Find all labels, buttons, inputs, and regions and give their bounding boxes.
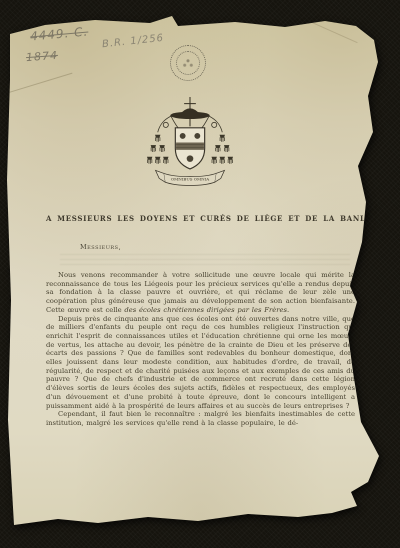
salutation: Messieurs, (80, 243, 121, 251)
galero-hat-icon (170, 108, 210, 119)
paragraph-1: Nous venons recommander à votre sollicit… (46, 271, 355, 315)
coat-of-arms-icon: OMNIBUS OMNIA (146, 94, 234, 191)
paper-shadow-wrap: 4449. C. 1874 B.R. 1/256 (0, 0, 400, 548)
motto-text: OMNIBUS OMNIA (171, 177, 209, 182)
motto-banner: OMNIBUS OMNIA (156, 170, 225, 185)
shelfmark-annotation: B.R. 1/256 (102, 33, 165, 50)
paragraph-3: Cependant, il faut bien le reconnaître :… (46, 410, 355, 427)
paragraph-1-italic: des écoles chrétiennes dirigées par les … (124, 306, 289, 314)
paper-crease (0, 73, 72, 97)
shield-icon (175, 128, 204, 169)
round-ink-stamp-icon (170, 45, 206, 81)
document-page: 4449. C. 1874 B.R. 1/256 (0, 0, 400, 548)
paragraph-2: Depuis près de cinquante ans que ces éco… (46, 315, 355, 411)
paper-crease-right (302, 18, 357, 43)
body-text: Nous venons recommander à votre sollicit… (46, 271, 355, 428)
scan-background: 4449. C. 1874 B.R. 1/256 (0, 0, 400, 548)
episcopal-crest: OMNIBUS OMNIA (146, 94, 234, 191)
tassels-right (212, 135, 233, 164)
stamp-inner-ring (176, 51, 200, 75)
ink-bleedthrough (60, 254, 350, 268)
document-title: A MESSIEURS LES DOYENS ET CURÉS DE LIÈGE… (46, 214, 356, 223)
handwritten-code: 4449. C. (30, 24, 89, 43)
tassels-left (147, 135, 168, 164)
handwritten-year: 1874 (26, 49, 59, 64)
